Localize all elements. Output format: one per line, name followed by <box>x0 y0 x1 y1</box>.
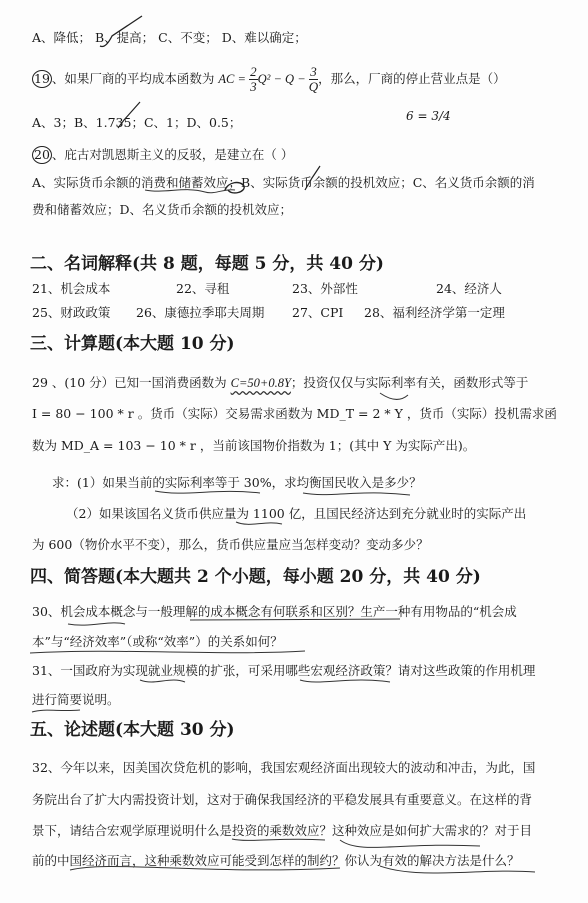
q19-formula-mid: Q² − Q − <box>258 72 309 86</box>
frac1-denominator: 3 <box>249 80 258 94</box>
term-21: 21、机会成本 <box>32 281 110 297</box>
underline-q29-rate <box>380 393 408 399</box>
underline-1100 <box>236 522 282 524</box>
underline-q31-line2 <box>32 710 80 712</box>
term-25: 25、财政政策 <box>32 305 110 321</box>
underline-ask1 <box>155 491 410 495</box>
section5-title: 五、论述题(本大题 30 分) <box>30 719 235 741</box>
q32-line3: 景下，请结合宏观学原理说明什么是投资的乘数效应？这种效应是如何扩大需求的？对于目 <box>32 823 532 839</box>
frac1-numerator: 2 <box>249 65 258 80</box>
term-24: 24、经济人 <box>436 281 502 297</box>
underline-q32-line3 <box>232 839 480 847</box>
q30-line2: 本”与“经济效率”（或称“效率”）的关系如何？ <box>32 634 283 650</box>
q29-line2: I = 80 − 100 * r 。货币（实际）交易需求函数为 MD_T = 2… <box>32 406 557 422</box>
q32-line2: 务院出台了扩大内需投资计划，这对于确保我国经济的平稳发展具有重要意义。在这样的背 <box>32 792 532 808</box>
q19-formula-lhs: AC = <box>218 72 249 86</box>
underline-q30-line2 <box>30 651 305 653</box>
q20-options-line1: A、实际货币余额的消费和储蓄效应；B、实际货币余额的投机效应；C、名义货币余额的… <box>32 175 535 191</box>
q19-options: A、3；B、1.735；C、1；D、0.5； <box>32 115 241 131</box>
q29-line3: 数为 MD_A = 103 − 10 * r ，当前该国物价指数为 1；(其中 … <box>32 438 475 454</box>
q19-margin-note: 6 = 3/4 <box>406 108 451 124</box>
section3-title: 三、计算题(本大题 10 分) <box>30 333 235 355</box>
q19-fraction-2: 3Q <box>309 65 318 94</box>
frac2-denominator: Q <box>309 80 318 94</box>
q31-line1: 31、一国政府为实现就业规模的扩张，可采用哪些宏观经济政策？请对这些政策的作用机… <box>32 663 535 679</box>
q20-number: 20 <box>32 146 52 164</box>
q20-prompt: 20、庇古对凯恩斯主义的反驳，是建立在（ ） <box>32 146 293 164</box>
term-28: 28、福利经济学第一定理 <box>364 305 505 321</box>
q29-ask1: 求：(1）如果当前的实际利率等于 30%，求均衡国民收入是多少？ <box>52 475 422 491</box>
section2-title: 二、名词解释(共 8 题，每题 5 分，共 40 分) <box>30 253 384 275</box>
term-27: 27、CPI <box>292 305 343 321</box>
q29-line1-b: ；投资仅仅与实际利率有关，函数形式等于 <box>291 375 529 390</box>
underline-q30-a <box>68 623 125 625</box>
term-23: 23、外部性 <box>292 281 358 297</box>
underline-q31 <box>140 680 390 682</box>
q20-options-line2: 费和储蓄效应；D、名义货币余额的投机效应； <box>32 202 292 218</box>
q30-line1: 30、机会成本概念与一般理解的成本概念有何联系和区别？生产一种有用物品的“机会成 <box>32 604 517 620</box>
q32-line4: 前的中国经济而言，这种乘数效应可能受到怎样的制约？你认为有效的解决方法是什么？ <box>32 853 520 869</box>
frac2-numerator: 3 <box>309 65 318 80</box>
exam-page: A、降低； B、提高； C、不变； D、难以确定； 19、如果厂商的平均成本函数… <box>0 0 588 903</box>
term-26: 26、康德拉季耶夫周期 <box>136 305 264 321</box>
q19-suffix: ，那么，厂商的停止营业点是（） <box>318 71 506 86</box>
q29-ask2-line2: 为 600（物价水平不变），那么，货币供应量应当怎样变动？变动多少？ <box>32 537 429 553</box>
q19-prefix: 、如果厂商的平均成本函数为 <box>52 71 215 86</box>
q29-consumption-formula: C=50+0.8Y <box>231 376 291 390</box>
q32-line1: 32、今年以来，因美国次贷危机的影响，我国宏观经济面出现较大的波动和冲击，为此，… <box>32 760 535 776</box>
q31-line2: 进行简要说明。 <box>32 692 120 708</box>
q19-number: 19 <box>32 70 52 88</box>
section4-title: 四、简答题(本大题共 2 个小题，每小题 20 分，共 40 分) <box>30 566 481 588</box>
term-22: 22、寻租 <box>176 281 229 297</box>
q18-options: A、降低； B、提高； C、不变； D、难以确定； <box>32 30 307 46</box>
q19-prompt: 19、如果厂商的平均成本函数为 AC = 23Q² − Q − 3Q，那么，厂商… <box>32 65 506 94</box>
q19-fraction-1: 23 <box>249 65 258 94</box>
q29-ask2-line1: （2）如果该国名义货币供应量为 1100 亿，且国民经济达到充分就业时的实际产出 <box>66 506 526 522</box>
q20-prompt-text: 、庇古对凯恩斯主义的反驳，是建立在（ ） <box>52 147 293 162</box>
q29-line1-a: 29 、(10 分）已知一国消费函数为 <box>32 375 231 390</box>
q29-line1: 29 、(10 分）已知一国消费函数为 C=50+0.8Y；投资仅仅与实际利率有… <box>32 375 528 391</box>
